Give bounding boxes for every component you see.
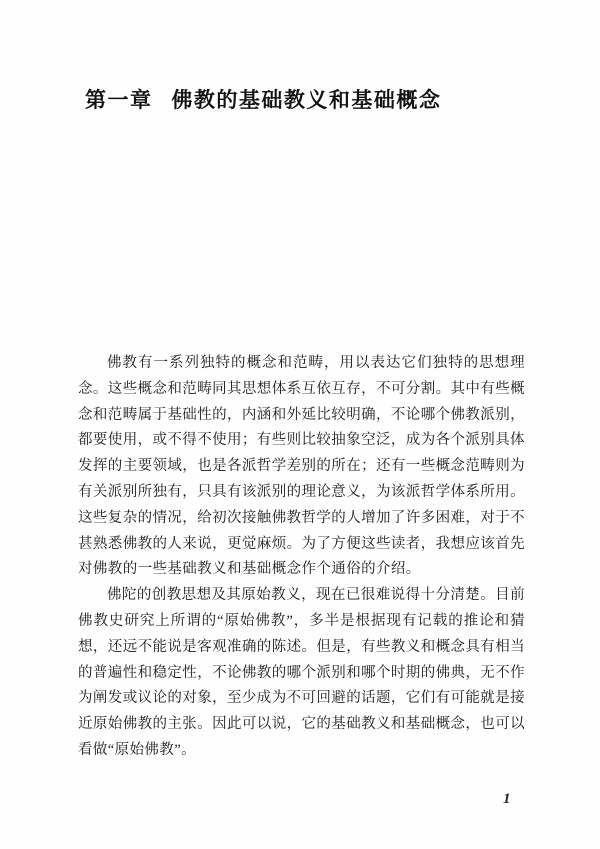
chapter-title: 佛教的基础教义和基础概念 (171, 89, 441, 112)
paragraph-2: 佛陀的创教思想及其原始教义，现在已很难说得十分清楚。目前佛教史研究上所谓的“原始… (78, 583, 525, 764)
chapter-heading: 第一章佛教的基础教义和基础概念 (85, 84, 441, 114)
body-text: 佛教有一系列独特的概念和范畴，用以表达它们独特的思想理念。这些概念和范畴同其思想… (78, 351, 525, 764)
page-number: 1 (503, 791, 511, 808)
paragraph-1: 佛教有一系列独特的概念和范畴，用以表达它们独特的思想理念。这些概念和范畴同其思想… (78, 351, 525, 583)
book-page: 第一章佛教的基础教义和基础概念 佛教有一系列独特的概念和范畴，用以表达它们独特的… (0, 0, 600, 849)
chapter-label: 第一章 (85, 89, 153, 112)
